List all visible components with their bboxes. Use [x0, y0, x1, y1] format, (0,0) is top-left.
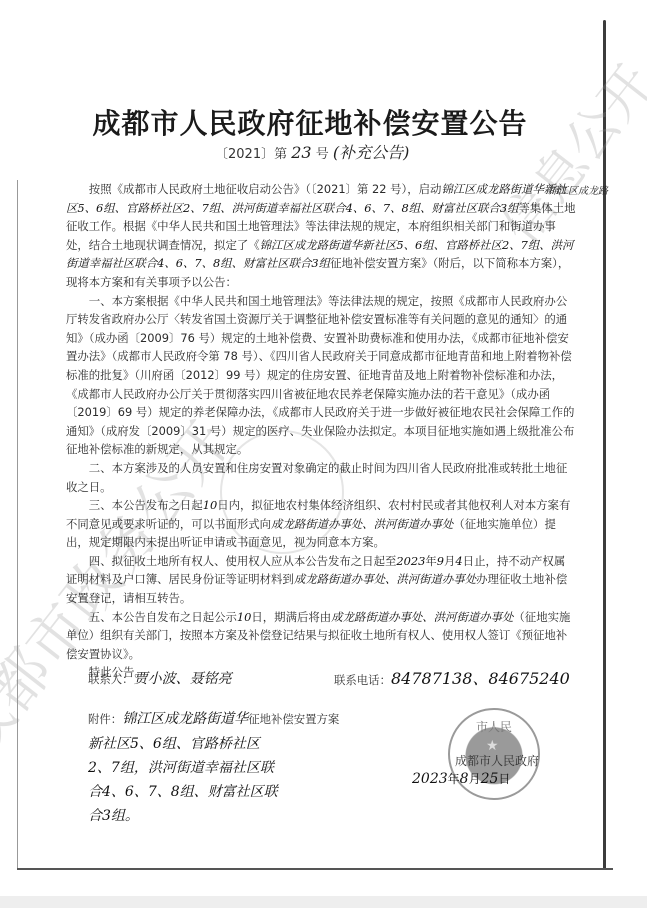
date-year-unit: 年 — [448, 772, 460, 786]
item4-day-unit: 日 — [463, 554, 474, 568]
date-month-unit: 月 — [469, 772, 481, 786]
item5-text-a: 五、本公告自发布之日起公示 — [89, 610, 237, 624]
item-4: 四、拟征收土地所有权人、使用权人应从本公告发布之日起至2023年9月4日止，持不… — [66, 552, 576, 608]
contact-phone: 联系电话：84787138、84675240 — [334, 666, 570, 689]
item-3: 三、本公告发布之日起10日内，拟征地农村集体经济组织、农村村民或者其他权利人对本… — [66, 496, 576, 552]
doc-number-prefix: 〔2021〕第 — [215, 147, 287, 162]
contact-person-label: 联系人： — [88, 672, 134, 686]
item-1: 一、本方案根据《中华人民共和国土地管理法》等法律法规的规定，按照《成都市人民政府… — [66, 292, 576, 459]
document-title: 成都市人民政府征地补偿安置公告 — [70, 102, 550, 142]
date-year: 2023 — [412, 771, 448, 787]
announcement-body: 按照《成都市人民政府土地征收启动公告》（〔2021〕第 22 号），启动锦江区成… — [66, 180, 576, 682]
item4-year-unit: 年 — [425, 554, 436, 568]
contact-phone-value: 84787138、84675240 — [391, 669, 570, 688]
attachment-hw-line: 合3组。 — [88, 804, 278, 828]
item3-text-a: 三、本公告发布之日起 — [89, 498, 203, 512]
document-page: 成都市政务公开 信息公开 成都市人民政府征地补偿安置公告 〔2021〕第 23 … — [0, 0, 647, 908]
item-2: 二、本方案涉及的人员安置和住房安置对象确定的截止时间为四川省人民政府批准或转批土… — [66, 459, 576, 496]
page-left-edge — [17, 180, 18, 870]
item5-handwriting: 成龙路街道办事处、洪河街道办事处 — [331, 610, 513, 624]
attachment-handwriting-1: 锦江区成龙路街道华 — [122, 711, 248, 727]
footer-band — [0, 896, 647, 908]
intro-text-1: 按照《成都市人民政府土地征收启动公告》（〔2021〕第 22 号），启动 — [89, 182, 442, 196]
doc-number-note: (补充公告) — [333, 143, 410, 162]
attachment-hw-line: 合4、6、7、8组、财富社区联 — [88, 780, 278, 804]
attachment-hw-line: 2、7组，洪河街道幸福社区联 — [88, 756, 278, 780]
date-month: 8 — [460, 771, 469, 787]
signing-date: 2023年8月25日 — [412, 770, 510, 787]
item5-days: 10 — [237, 610, 252, 624]
document-number: 〔2021〕第 23 号 (补充公告) — [215, 140, 409, 163]
item3-days: 10 — [203, 498, 218, 512]
doc-number-suffix: 号 — [316, 147, 329, 162]
page-right-edge — [603, 20, 606, 870]
item-5: 五、本公告自发布之日起公示10日，期满后将由成龙路街道办事处、洪河街道办事处（征… — [66, 608, 576, 664]
seal-text: 市人民 — [450, 718, 538, 735]
item4-text-a: 四、拟征收土地所有权人、使用权人应从本公告发布之日起至 — [89, 554, 397, 568]
contact-phone-label: 联系电话： — [334, 673, 391, 687]
attachment-hw-line: 新社区5、6组、官路桥社区 — [88, 732, 278, 756]
contact-person-value: 贾小波、聂铭亮 — [134, 671, 232, 687]
attachment-line: 附件：锦江区成龙路街道华征地补偿安置方案 — [88, 708, 348, 728]
attachment-label: 附件： — [88, 712, 122, 726]
attachment-suffix: 征地补偿安置方案 — [248, 712, 339, 726]
item3-handwriting: 成龙路街道办事处、洪河街道办事处 — [271, 517, 453, 531]
contact-person: 联系人：贾小波、聂铭亮 — [88, 668, 232, 688]
item5-text-b: 日，期满后将由 — [251, 610, 331, 624]
item4-month-unit: 月 — [444, 554, 455, 568]
item4-year: 2023 — [396, 554, 425, 568]
item4-day: 4 — [455, 554, 462, 568]
doc-number-value: 23 — [291, 143, 311, 162]
item4-month: 9 — [437, 554, 444, 568]
page-bottom-edge — [17, 868, 613, 870]
attachment-handwritten-lines: 新社区5、6组、官路桥社区 2、7组，洪河街道幸福社区联 合4、6、7、8组、财… — [88, 732, 278, 828]
date-day: 25 — [481, 771, 499, 787]
signing-organization: 成都市人民政府 — [455, 752, 539, 769]
item4-handwriting: 成龙路街道办事处、洪河街道办事处 — [294, 572, 476, 586]
date-day-unit: 日 — [498, 772, 510, 786]
intro-paragraph: 按照《成都市人民政府土地征收启动公告》（〔2021〕第 22 号），启动锦江区成… — [66, 180, 576, 292]
